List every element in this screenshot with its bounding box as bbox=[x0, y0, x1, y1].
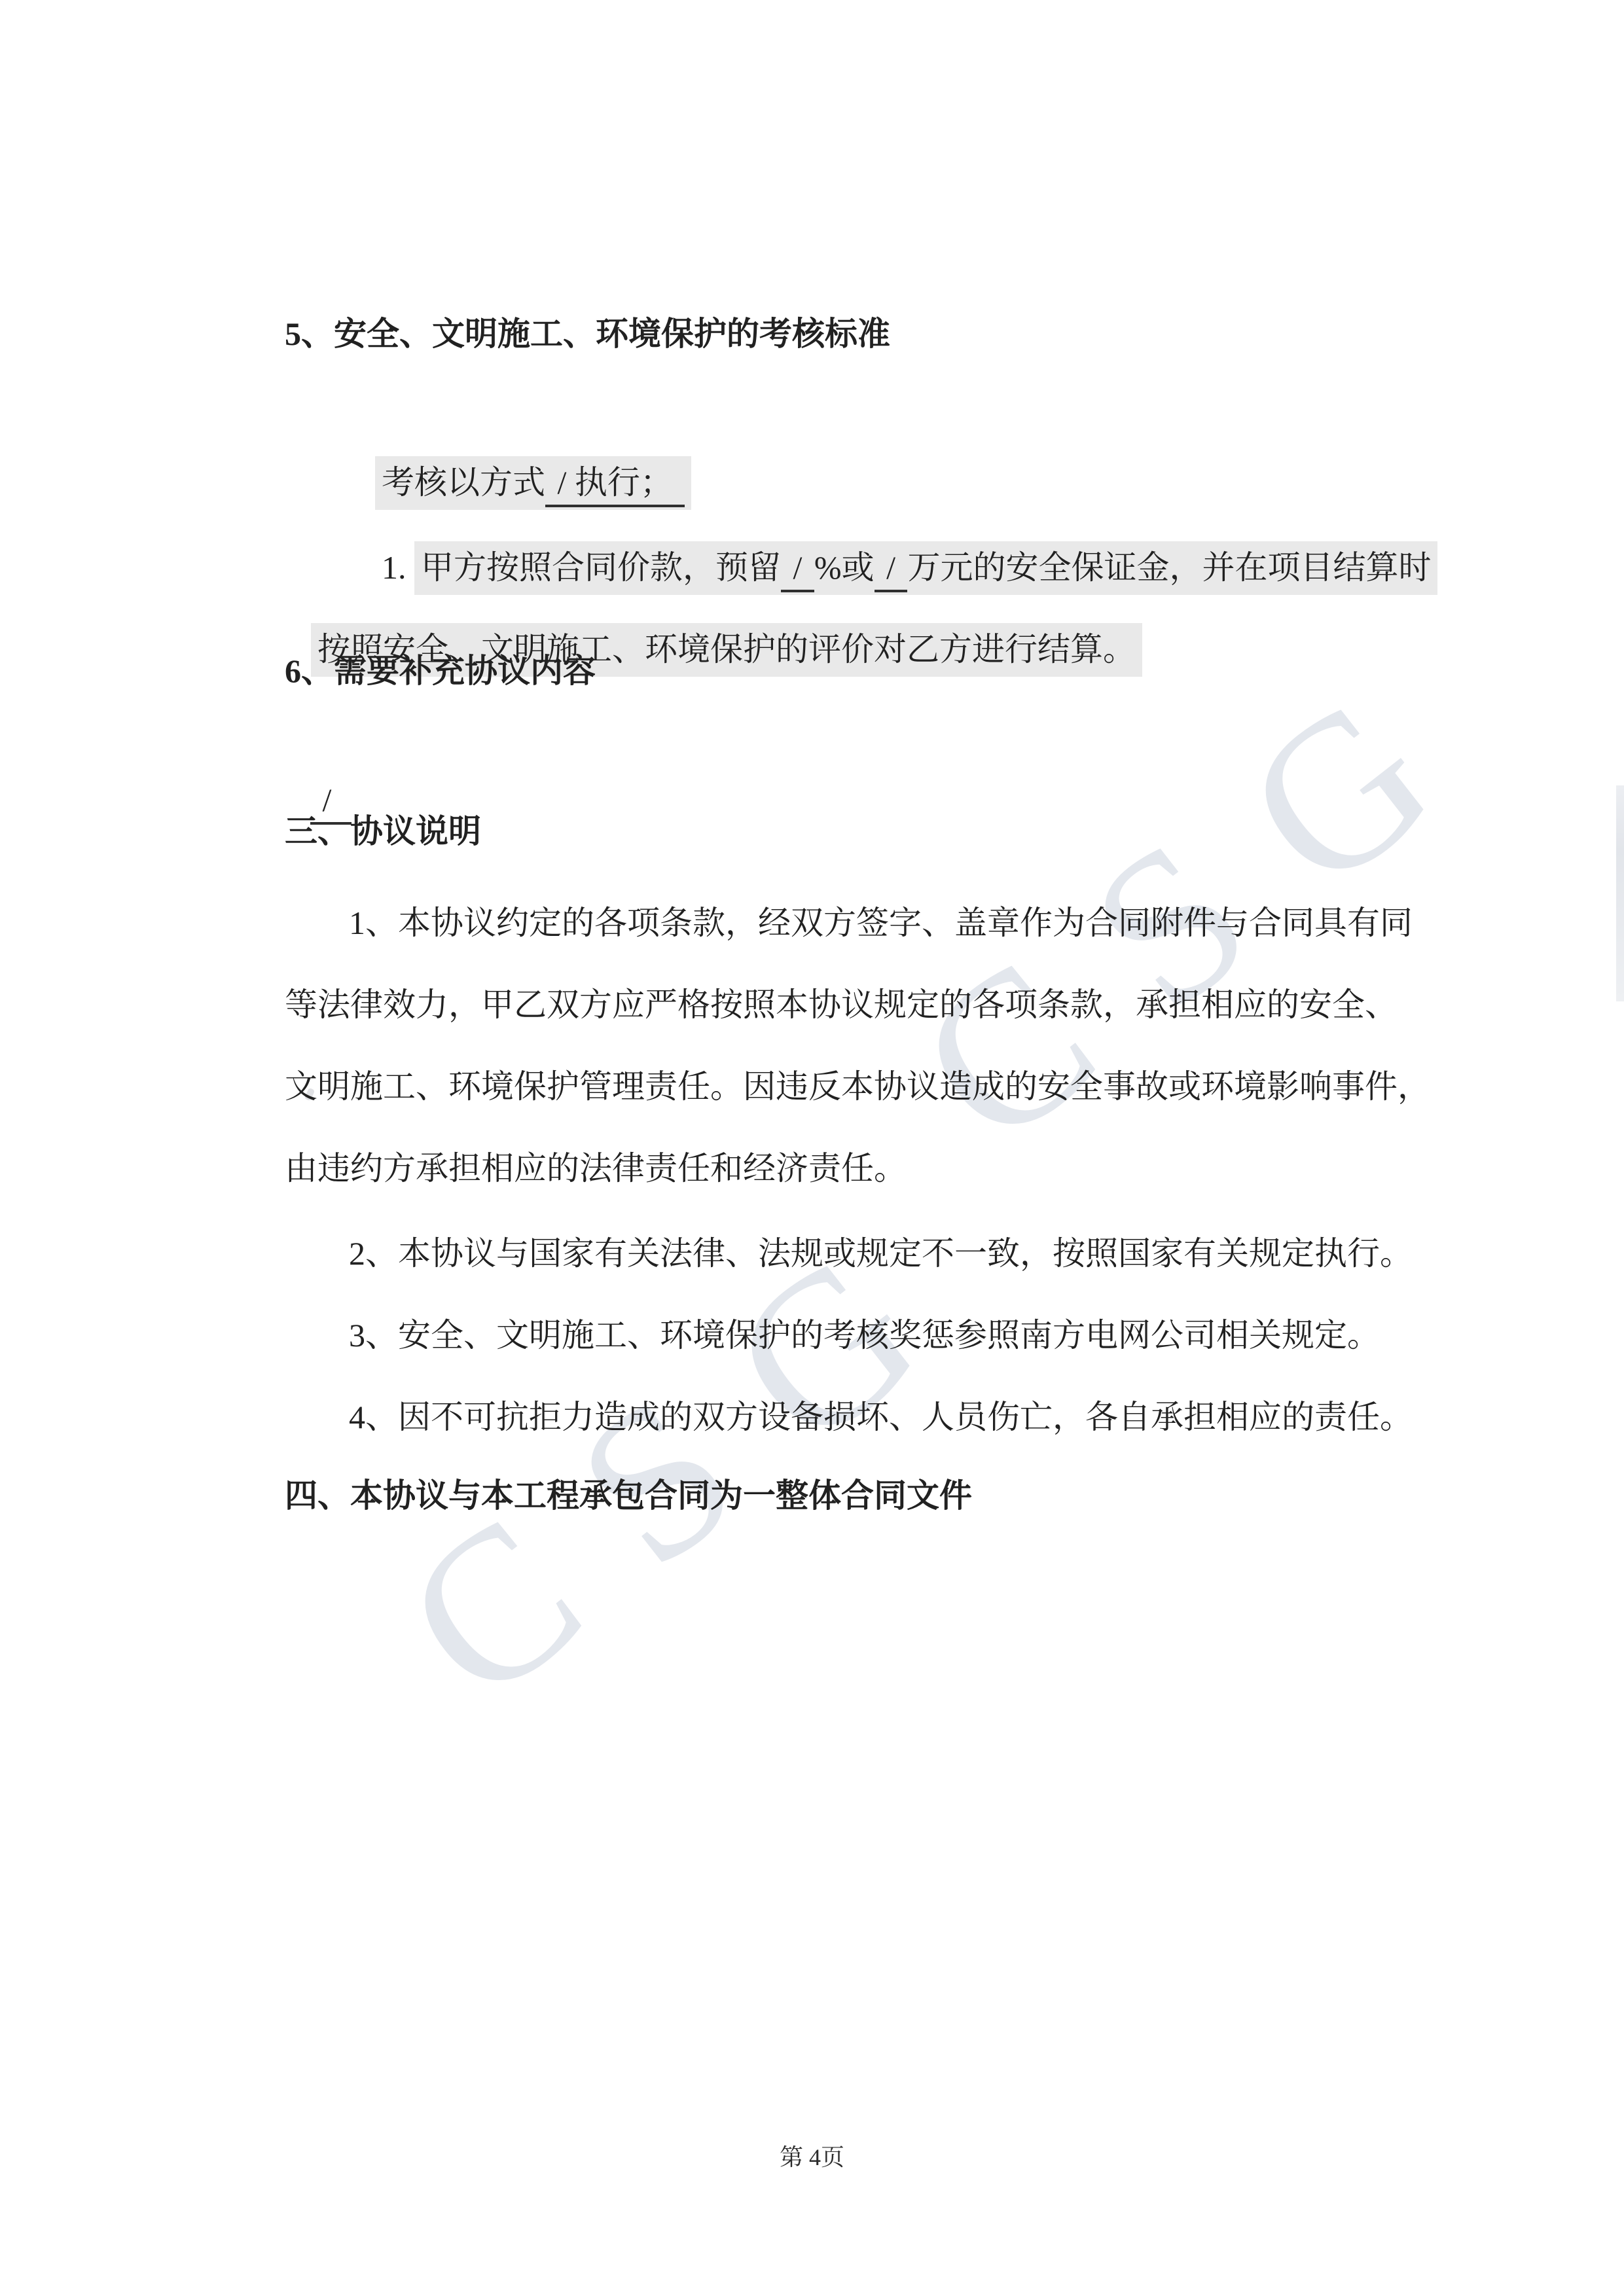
agreement-note-line: 3、安全、文明施工、环境保护的考核奖惩参照南方电网公司相关规定。 bbox=[349, 1312, 1380, 1359]
section3-heading: 三、协议说明 bbox=[285, 808, 481, 855]
section4-heading: 四、本协议与本工程承包合同为一整体合同文件 bbox=[285, 1472, 972, 1519]
agreement-note-line: 1、本协议约定的各项条款，经双方签字、盖章作为合同附件与合同具有同 bbox=[349, 899, 1413, 946]
agreement-note-line: 等法律效力，甲乙双方应严格按照本协议规定的各项条款，承担相应的安全、 bbox=[285, 981, 1398, 1028]
agreement-note-line: 由违约方承担相应的法律责任和经济责任。 bbox=[285, 1145, 907, 1192]
agreement-note-line: 文明施工、环境保护管理责任。因违反本协议造成的安全事故或环境影响事件， bbox=[285, 1063, 1430, 1110]
section5-heading: 5、安全、文明施工、环境保护的考核标准 bbox=[285, 310, 890, 357]
contract-scan-page: CSG CSG 5、安全、文明施工、环境保护的考核标准 考核以方式 / 执行； … bbox=[0, 0, 1624, 2296]
agreement-note-line: 2、本协议与国家有关法律、法规或规定不一致，按照国家有关规定执行。 bbox=[349, 1230, 1413, 1277]
scan-edge-artifact bbox=[1616, 785, 1624, 1001]
assessment-method-prefix: 考核以方式 bbox=[382, 464, 545, 501]
page-number: 第 4页 bbox=[0, 2139, 1624, 2172]
agreement-note-line: 4、因不可抗拒力造成的双方设备损坏、人员伤亡，各自承担相应的责任。 bbox=[349, 1393, 1413, 1441]
section6-heading: 6、需要补充协议内容 bbox=[285, 647, 596, 694]
